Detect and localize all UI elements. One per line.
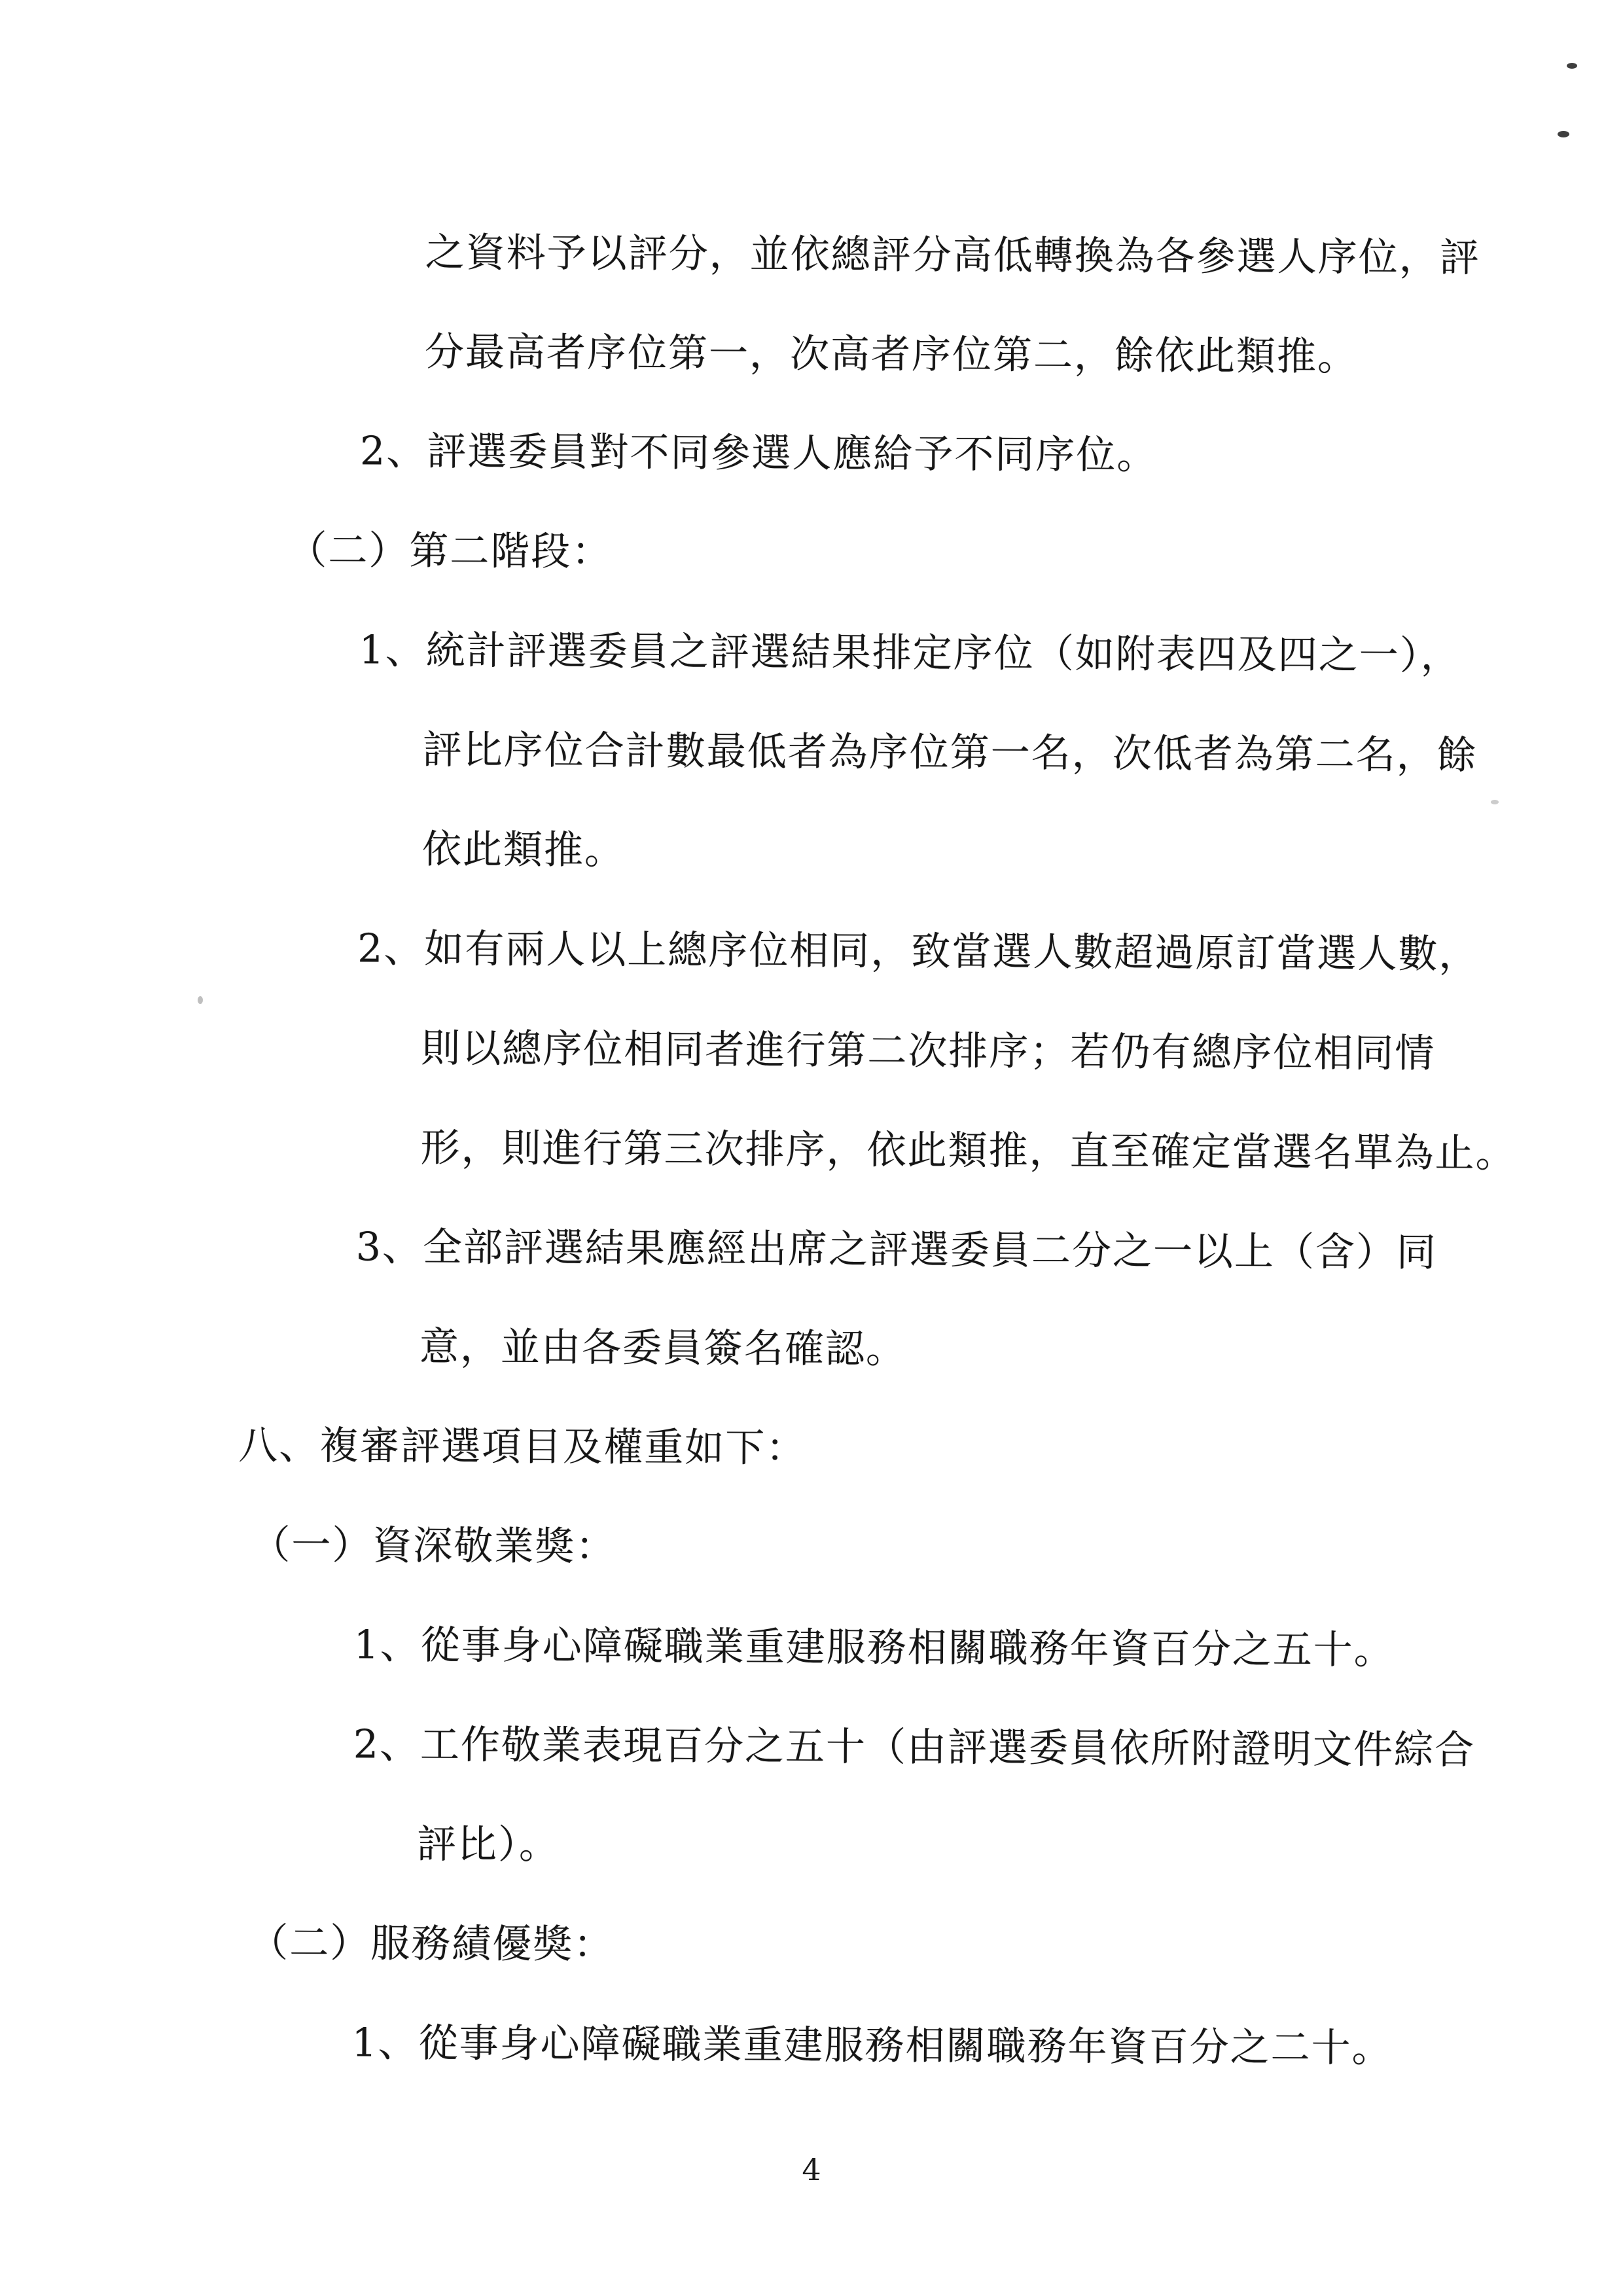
text-line: 1、統計評選委員之評選結果排定序位（如附表四及四之一）， (0, 617, 1621, 725)
document-page: 之資料予以評分，並依總評分高低轉換為各參選人序位，評分最高者序位第一，次高者序位… (0, 0, 1623, 2296)
text-line: 分最高者序位第一，次高者序位第二，餘依此類推。 (0, 319, 1622, 427)
text-line: 評比序位合計數最低者為序位第一名，次低者為第二名，餘 (0, 716, 1620, 824)
text-line: 3、全部評選結果應經出席之評選委員二分之一以上（含）同 (0, 1213, 1618, 1321)
text-line: 2、評選委員對不同參選人應給予不同序位。 (0, 418, 1622, 526)
scan-speck (1567, 63, 1577, 69)
text-line: 意，並由各委員簽名確認。 (0, 1313, 1617, 1421)
text-line: 2、工作敬業表現百分之五十（由評選委員依所附證明文件綜合 (0, 1711, 1615, 1819)
scan-speck (1558, 131, 1569, 137)
scan-speck (1491, 800, 1499, 804)
text-line: 八、複審評選項目及權重如下： (0, 1412, 1616, 1520)
text-line: （二）服務績優獎： (0, 1910, 1614, 2018)
scan-speck (198, 996, 203, 1004)
text-line: 則以總序位相同者進行第二次排序；若仍有總序位相同情 (0, 1014, 1619, 1122)
text-line: 評比）。 (0, 1810, 1614, 1918)
text-line: 形，則進行第三次排序，依此類推，直至確定當選名單為止。 (0, 1114, 1618, 1222)
text-line: 2、如有兩人以上總序位相同，致當選人數超過原訂當選人數， (0, 915, 1619, 1023)
page-number: 4 (0, 2152, 1623, 2187)
text-line: 依此類推。 (0, 816, 1620, 924)
document-body: 之資料予以評分，並依總評分高低轉換為各參選人序位，評分最高者序位第一，次高者序位… (0, 219, 1623, 2118)
text-line: 1、從事身心障礙職業重建服務相關職務年資百分之二十。 (0, 2009, 1614, 2117)
text-line: （一）資深敬業獎： (0, 1512, 1616, 1620)
text-line: 1、從事身心障礙職業重建服務相關職務年資百分之五十。 (0, 1611, 1616, 1719)
text-line: （二）第二階段： (0, 518, 1622, 626)
text-line: 之資料予以評分，並依總評分高低轉換為各參選人序位，評 (0, 219, 1623, 327)
